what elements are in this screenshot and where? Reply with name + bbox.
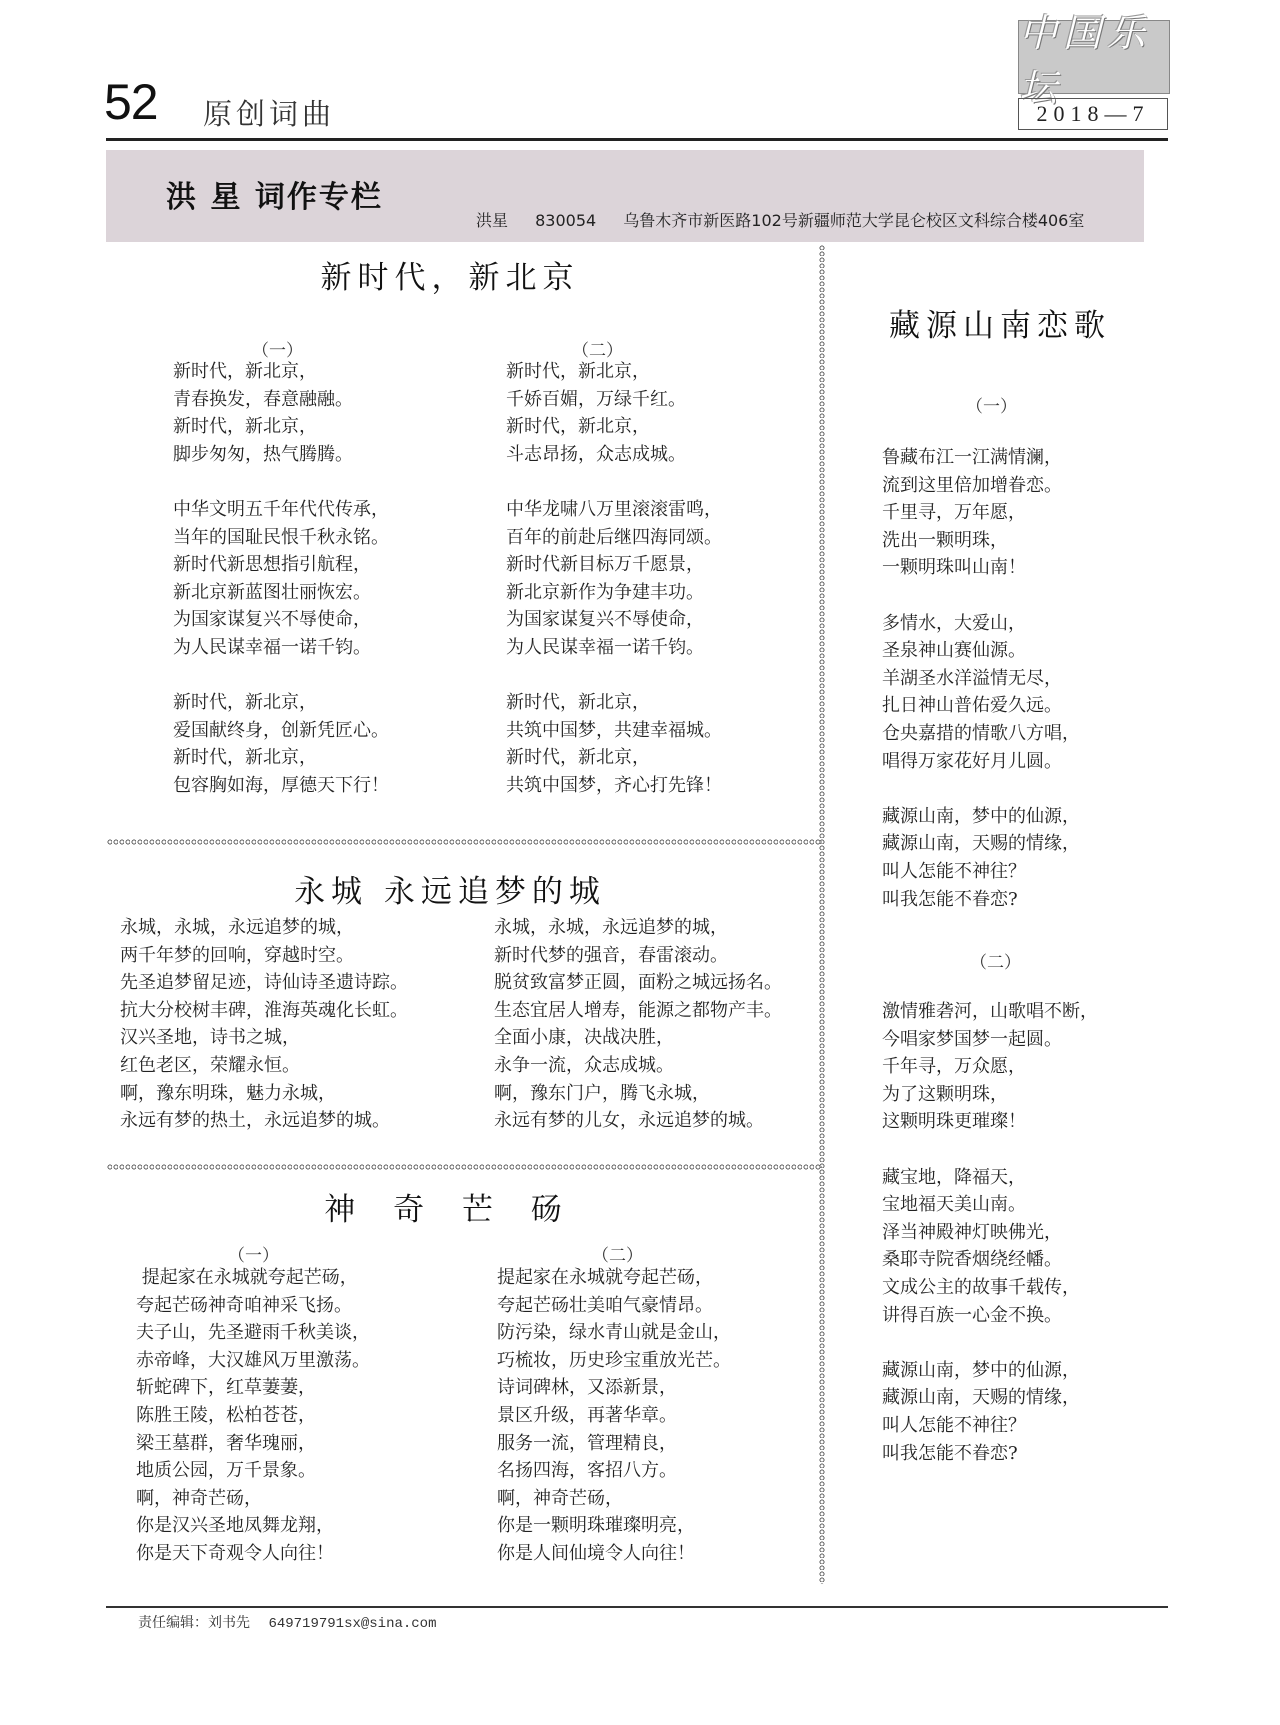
verse-line: 为国家谋复兴不辱使命，: [173, 606, 389, 634]
verse-line: 共筑中国梦，共建幸福城。: [506, 717, 722, 745]
address: 乌鲁木齐市新医路102号新疆师范大学昆仑校区文科综合楼406室: [623, 211, 1084, 230]
verse-line: [506, 662, 722, 690]
verse-line: 新时代，新北京，: [173, 358, 389, 386]
verse-line: 新时代，新北京，: [173, 689, 389, 717]
verse-line: 千里寻，万年愿，: [882, 499, 1080, 527]
verse-line: 永远有梦的儿女，永远追梦的城。: [494, 1107, 782, 1135]
verse-line: 当年的国耻民恨千秋永铭。: [173, 524, 389, 552]
verse-line: 永远有梦的热土，永远追梦的城。: [120, 1107, 408, 1135]
verse-line: 唱得万家花好月儿圆。: [882, 748, 1080, 776]
poem-title-mangdang: 神 奇 芒 砀: [200, 1184, 700, 1229]
verse-line: 汉兴圣地，诗书之城，: [120, 1024, 408, 1052]
verse-line: 新北京新作为争建丰功。: [506, 579, 722, 607]
verse-line: 啊，神奇芒砀，: [497, 1485, 731, 1513]
poem-verse-yongcheng-right: 永城，永城，永远追梦的城，新时代梦的强音，春雷滚动。脱贫致富梦正圆，面粉之城远扬…: [494, 914, 782, 1135]
verse-line: 抗大分校树丰碑，淮海英魂化长虹。: [120, 997, 408, 1025]
verse-line: 洗出一颗明珠，: [882, 527, 1080, 555]
verse-line: 羊湖圣水洋溢情无尽，: [882, 665, 1080, 693]
footer: 责任编辑：刘书先 649719791sx@sina.com: [138, 1612, 436, 1632]
verse-line: [882, 582, 1080, 610]
verse-line: [173, 662, 389, 690]
verse-line: 中华龙啸八万里滚滚雷鸣，: [506, 496, 722, 524]
poem-verse-mangdang-1: 提起家在永城就夸起芒砀，夸起芒砀神奇咱神采飞扬。夫子山，先圣避雨千秋美谈，赤帝峰…: [136, 1264, 370, 1568]
verse-line: [882, 1136, 1098, 1164]
verse-line: [882, 775, 1080, 803]
verse-line: 爱国献终身，创新凭匠心。: [173, 717, 389, 745]
verse-line: 为人民谋幸福一诺千钧。: [506, 634, 722, 662]
verse-line: 永争一流，众志成城。: [494, 1052, 782, 1080]
verse-line: 脚步匆匆，热气腾腾。: [173, 441, 389, 469]
verse-line: 这颗明珠更璀璨！: [882, 1108, 1098, 1136]
section-name: 原创词曲: [203, 92, 335, 133]
poem-title-yongcheng: 永城 永远追梦的城: [200, 866, 700, 911]
verse-line: 激情雅砻河，山歌唱不断，: [882, 998, 1098, 1026]
verse-line: 共筑中国梦，齐心打先锋！: [506, 772, 722, 800]
verse-line: 文成公主的故事千载传，: [882, 1274, 1098, 1302]
verse-line: 你是天下奇观令人向往！: [136, 1540, 370, 1568]
verse-line: 藏源山南，天赐的情缘，: [882, 1384, 1098, 1412]
verse-line: 叫我怎能不眷恋?: [882, 886, 1080, 914]
poem-title-beijing: 新时代，新北京: [200, 252, 700, 297]
verse-line: 啊，豫东明珠，魅力永城，: [120, 1080, 408, 1108]
verse-line: 新时代新目标万千愿景，: [506, 551, 722, 579]
poem-verse-beijing-2: 新时代，新北京，千娇百媚，万绿千红。新时代，新北京，斗志昂扬，众志成城。中华龙啸…: [506, 358, 722, 800]
verse-line: 新时代新思想指引航程，: [173, 551, 389, 579]
verse-line: 夫子山，先圣避雨千秋美谈，: [136, 1319, 370, 1347]
verse-line: 提起家在永城就夸起芒砀，: [136, 1264, 370, 1292]
poem-verse-mangdang-2: 提起家在永城就夸起芒砀，夸起芒砀壮美咱气豪情昂。防污染，绿水青山就是金山，巧梳妆…: [497, 1264, 731, 1568]
magazine-logo-text: 中国乐坛: [1019, 2, 1169, 112]
verse-line: 藏源山南，天赐的情缘，: [882, 830, 1080, 858]
author-address: 洪星 830054 乌鲁木齐市新医路102号新疆师范大学昆仑校区文科综合楼406…: [476, 208, 1106, 231]
verse-line: [173, 468, 389, 496]
verse-line: 陈胜王陵，松柏苍苍，: [136, 1402, 370, 1430]
verse-line: 防污染，绿水青山就是金山，: [497, 1319, 731, 1347]
verse-line: 藏源山南，梦中的仙源，: [882, 803, 1080, 831]
poem-verse-zangyuan-2: 激情雅砻河，山歌唱不断，今唱家梦国梦一起圆。千年寻，万众愿，为了这颗明珠，这颗明…: [882, 998, 1098, 1467]
column-title: 洪 星 词作专栏: [166, 172, 383, 216]
verse-line: 诗词碑林，又添新景，: [497, 1374, 731, 1402]
verse-line: [506, 468, 722, 496]
verse-line: 夸起芒砀壮美咱气豪情昂。: [497, 1292, 731, 1320]
verse-line: 你是汉兴圣地凤舞龙翔，: [136, 1512, 370, 1540]
verse-line: 脱贫致富梦正圆，面粉之城远扬名。: [494, 969, 782, 997]
issue-date: 2018—7: [1018, 98, 1168, 130]
verse-line: 藏宝地，降福天，: [882, 1164, 1098, 1192]
verse-line: 百年的前赴后继四海同颂。: [506, 524, 722, 552]
section-divider: [106, 1163, 822, 1171]
part-label: （二）: [592, 1241, 643, 1266]
verse-line: 中华文明五千年代代传承，: [173, 496, 389, 524]
verse-line: 叫人怎能不神往？: [882, 1412, 1098, 1440]
verse-line: 包容胸如海，厚德天下行！: [173, 772, 389, 800]
verse-line: 啊，神奇芒砀，: [136, 1485, 370, 1513]
verse-line: 藏源山南，梦中的仙源，: [882, 1357, 1098, 1385]
verse-line: 斗志昂扬，众志成城。: [506, 441, 722, 469]
verse-line: 先圣追梦留足迹，诗仙诗圣遗诗踪。: [120, 969, 408, 997]
verse-line: 夸起芒砀神奇咱神采飞扬。: [136, 1292, 370, 1320]
verse-line: 千年寻，万众愿，: [882, 1053, 1098, 1081]
verse-line: 生态宜居人增寿，能源之都物产丰。: [494, 997, 782, 1025]
verse-line: 叫人怎能不神往？: [882, 858, 1080, 886]
verse-line: 名扬四海，客招八方。: [497, 1457, 731, 1485]
verse-line: 你是人间仙境令人向往！: [497, 1540, 731, 1568]
poem-verse-beijing-1: 新时代，新北京，青春换发，春意融融。新时代，新北京，脚步匆匆，热气腾腾。中华文明…: [173, 358, 389, 800]
verse-line: 仓央嘉措的情歌八方唱，: [882, 720, 1080, 748]
verse-line: 桑耶寺院香烟绕经幡。: [882, 1246, 1098, 1274]
column-banner: 洪 星 词作专栏 洪星 830054 乌鲁木齐市新医路102号新疆师范大学昆仑校…: [106, 150, 1144, 242]
page-number: 52: [104, 72, 158, 132]
verse-line: 为人民谋幸福一诺千钧。: [173, 634, 389, 662]
verse-line: 永城，永城，永远追梦的城，: [494, 914, 782, 942]
verse-line: 扎日神山普佑爱久远。: [882, 692, 1080, 720]
header-rule: [106, 138, 1168, 141]
verse-line: 讲得百族一心金不换。: [882, 1302, 1098, 1330]
poem-title-zangyuan: 藏源山南恋歌: [850, 300, 1150, 345]
verse-line: 泽当神殿神灯映佛光，: [882, 1219, 1098, 1247]
verse-line: 多情水，大爱山，: [882, 610, 1080, 638]
magazine-logo: 中国乐坛: [1018, 20, 1170, 94]
poem-verse-yongcheng-left: 永城，永城，永远追梦的城，两千年梦的回响，穿越时空。先圣追梦留足迹，诗仙诗圣遗诗…: [120, 914, 408, 1135]
verse-line: 两千年梦的回响，穿越时空。: [120, 942, 408, 970]
verse-line: 梁王墓群，奢华瑰丽，: [136, 1430, 370, 1458]
verse-line: 服务一流，管理精良，: [497, 1430, 731, 1458]
verse-line: 新时代，新北京，: [506, 744, 722, 772]
verse-line: 赤帝峰，大汉雄风万里激荡。: [136, 1347, 370, 1375]
verse-line: 为了这颗明珠，: [882, 1081, 1098, 1109]
part-label: （一）: [966, 392, 1017, 417]
editor-email: 649719791sx@sina.com: [268, 1616, 436, 1632]
verse-line: 新时代梦的强音，春雷滚动。: [494, 942, 782, 970]
verse-line: 提起家在永城就夸起芒砀，: [497, 1264, 731, 1292]
verse-line: 红色老区，荣耀永恒。: [120, 1052, 408, 1080]
postcode: 830054: [535, 211, 596, 230]
verse-line: 地质公园，万千景象。: [136, 1457, 370, 1485]
section-divider: [106, 838, 822, 846]
verse-line: 新时代，新北京，: [173, 413, 389, 441]
verse-line: 为国家谋复兴不辱使命，: [506, 606, 722, 634]
verse-line: 巧梳妆，历史珍宝重放光芒。: [497, 1347, 731, 1375]
poem-verse-zangyuan-1: 鲁藏布江一江满情澜，流到这里倍加增眷恋。千里寻，万年愿，洗出一颗明珠，一颗明珠叫…: [882, 444, 1080, 913]
verse-line: 景区升级，再著华章。: [497, 1402, 731, 1430]
verse-line: 新北京新蓝图壮丽恢宏。: [173, 579, 389, 607]
verse-line: 宝地福天美山南。: [882, 1191, 1098, 1219]
verse-line: 斩蛇碑下，红草萋萋，: [136, 1374, 370, 1402]
verse-line: 全面小康，决战决胜，: [494, 1024, 782, 1052]
verse-line: 新时代，新北京，: [506, 358, 722, 386]
verse-line: 叫我怎能不眷恋?: [882, 1440, 1098, 1468]
verse-line: 你是一颗明珠璀璨明亮，: [497, 1512, 731, 1540]
verse-line: 鲁藏布江一江满情澜，: [882, 444, 1080, 472]
part-label: （二）: [970, 948, 1021, 973]
part-label: （一）: [228, 1241, 279, 1266]
verse-line: 新时代，新北京，: [173, 744, 389, 772]
verse-line: [882, 1329, 1098, 1357]
footer-rule: [106, 1606, 1168, 1608]
verse-line: 千娇百媚，万绿千红。: [506, 386, 722, 414]
verse-line: 圣泉神山赛仙源。: [882, 637, 1080, 665]
verse-line: 青春换发，春意融融。: [173, 386, 389, 414]
verse-line: 今唱家梦国梦一起圆。: [882, 1026, 1098, 1054]
column-divider: [818, 244, 826, 1584]
verse-line: 啊，豫东门户，腾飞永城，: [494, 1080, 782, 1108]
verse-line: 一颗明珠叫山南！: [882, 554, 1080, 582]
verse-line: 流到这里倍加增眷恋。: [882, 472, 1080, 500]
author-name: 洪星: [476, 211, 508, 230]
verse-line: 新时代，新北京，: [506, 689, 722, 717]
editor-credit: 责任编辑：刘书先: [138, 1615, 250, 1631]
verse-line: 永城，永城，永远追梦的城，: [120, 914, 408, 942]
verse-line: 新时代，新北京，: [506, 413, 722, 441]
